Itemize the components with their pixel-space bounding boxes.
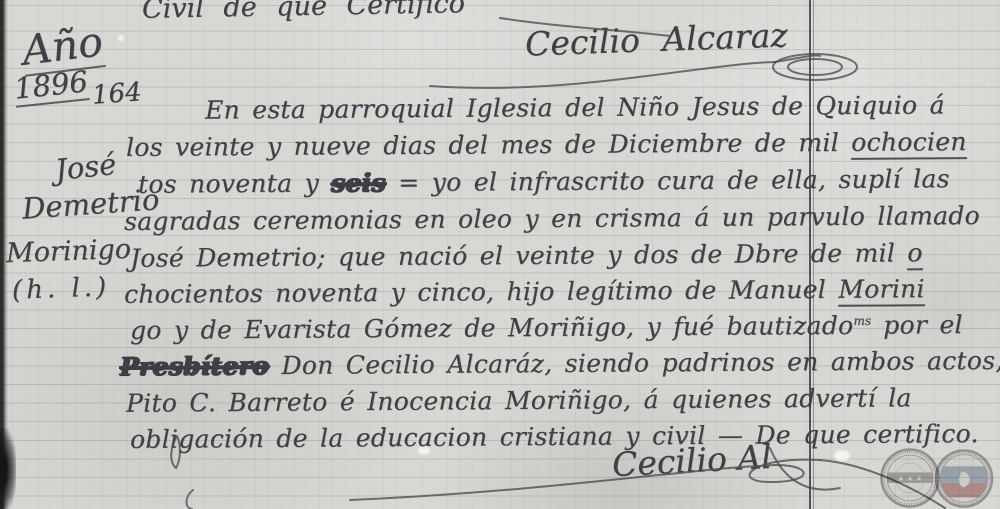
record-body-line: los veinte y nueve dias del mes de Dicie… bbox=[126, 127, 967, 162]
record-body-line: En esta parroquial Iglesia del Niño Jesu… bbox=[205, 90, 945, 124]
archive-seal-paraguay-map-icon bbox=[914, 448, 1000, 509]
record-body-line: Pito C. Barreto é Inocencia Moriñigo, á … bbox=[126, 383, 912, 417]
hyphenated-word-end: Morini bbox=[838, 274, 925, 307]
record-body-line: go y de Evarista Gómez de Moriñigo, y fu… bbox=[130, 310, 963, 345]
paper-speck bbox=[834, 450, 850, 461]
overwritten-word: seis bbox=[331, 168, 386, 197]
record-body-line: obligación de la educacion cristiana y c… bbox=[130, 419, 979, 454]
hyphenated-word-end: o bbox=[907, 238, 923, 270]
paper-speck bbox=[118, 35, 124, 41]
margin-legitimacy-note: (h. l.) bbox=[12, 272, 111, 305]
record-body-line: sagradas ceremonias en oleo y en crisma … bbox=[124, 201, 980, 236]
priest-signature-bottom: Cecilio Al bbox=[611, 437, 772, 484]
record-body-line: chocientos noventa y cinco, hijo legítim… bbox=[124, 274, 925, 309]
record-body-line: José Demetrio; que nació el veinte y dos… bbox=[130, 238, 923, 273]
record-body-line: Presbítero Don Cecilio Alcaráz, siendo p… bbox=[120, 346, 1000, 381]
overwritten-word: Presbítero bbox=[120, 351, 269, 381]
margin-entry-number: 164 bbox=[91, 77, 143, 110]
hyphenated-word-end: ochocien bbox=[851, 127, 967, 160]
parish-register-scan-page: Civil de que Certifico Cecilio Alcaraz A… bbox=[0, 0, 1000, 509]
page-edge-ink-blob bbox=[0, 428, 16, 509]
margin-name-line: José bbox=[53, 147, 117, 187]
record-body-line: tos noventa y seis = yo el infrascrito c… bbox=[138, 164, 950, 199]
interlinear-correction: ms bbox=[853, 314, 871, 328]
margin-name-line: Morinigo bbox=[5, 234, 131, 269]
margin-year-value: 1896 bbox=[12, 64, 89, 106]
